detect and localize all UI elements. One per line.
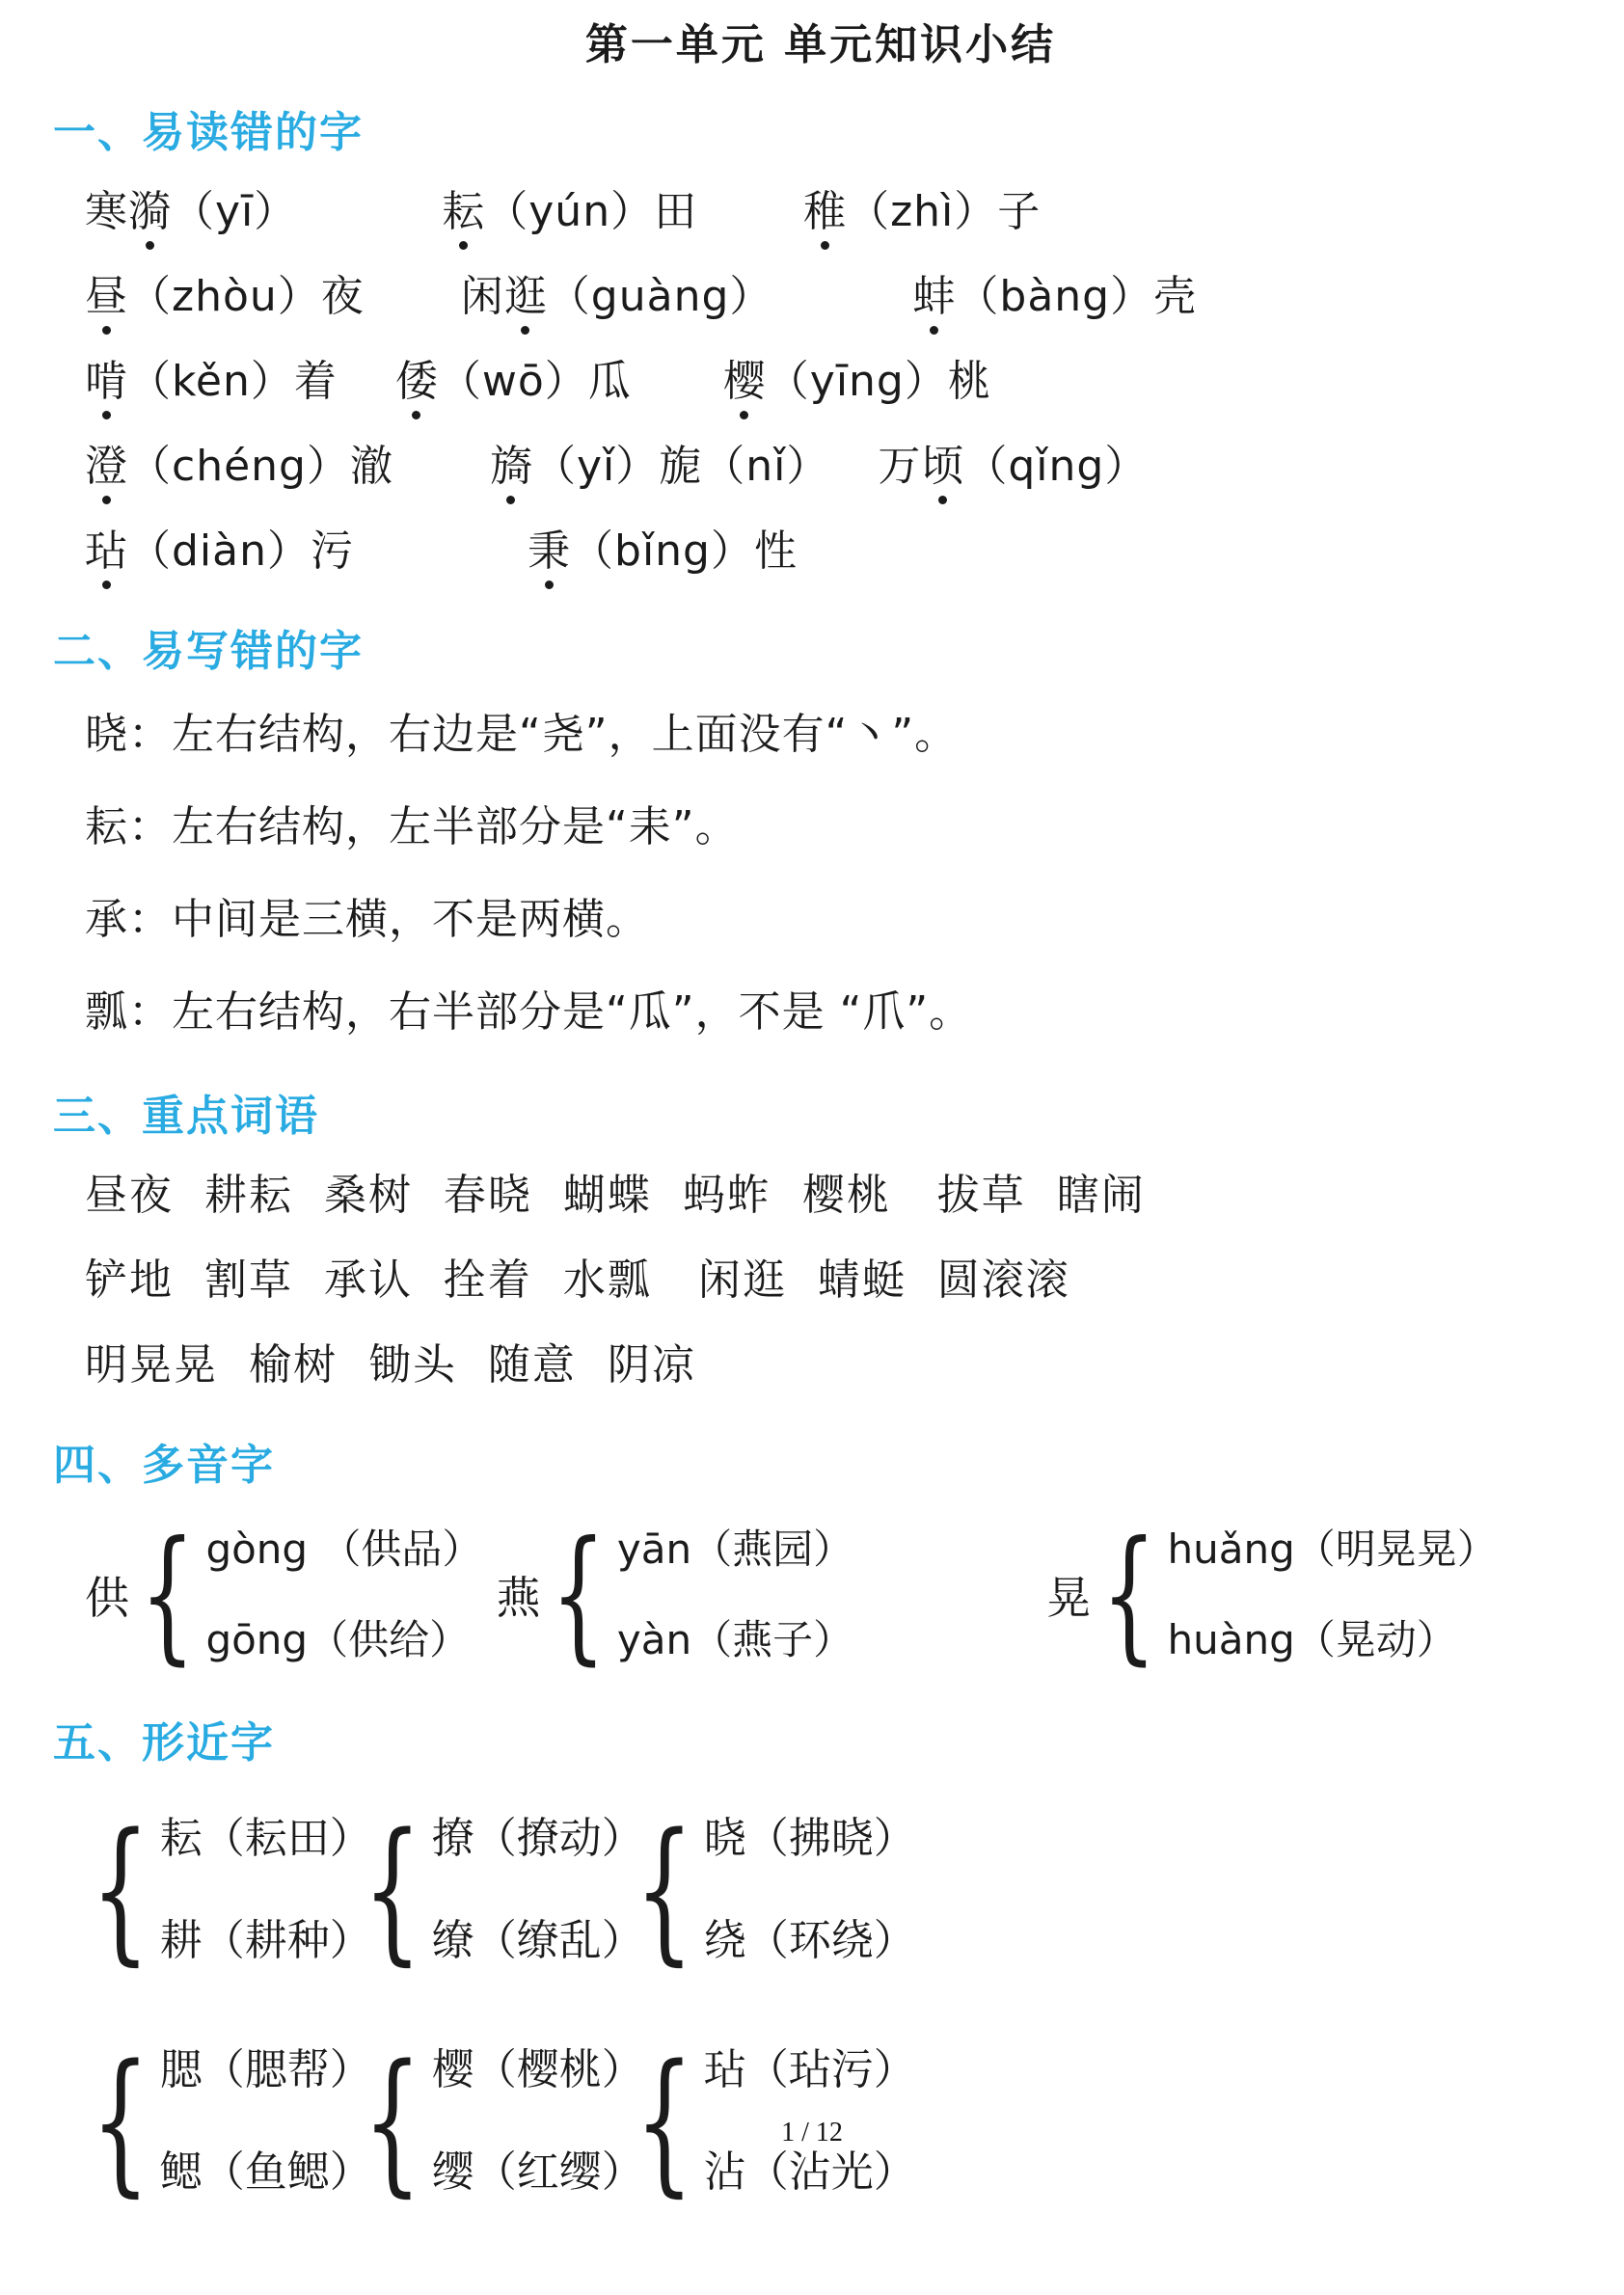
polyphone-body: 供 { gòng （供品） gōng（供给） 燕 { yān（燕园） yàn（燕… (85, 1504, 1556, 1686)
polyphone-reading: gōng（供给） (205, 1595, 482, 1686)
polyphone-reading: yàn（燕子） (617, 1595, 853, 1686)
text-run: （yīng）桃 (767, 357, 991, 406)
polyphone-group: 晃 { huǎng（明晃晃） huàng（晃动） (1046, 1504, 1498, 1686)
text-run: （yǐ）旎（nǐ） (533, 442, 829, 491)
emphasized-char: 耘 (442, 187, 485, 236)
text-run: （zhì）子 (847, 187, 1041, 236)
note-line: 瓢：左右结构，右半部分是“瓜”，不是 “爪”。 (85, 966, 1556, 1059)
polyphone-readings: huǎng（明晃晃） huàng（晃动） (1168, 1504, 1498, 1686)
similar-char-item: 缭（缭乱） (432, 1890, 644, 1992)
pinyin-line-3: 啃（kěn）着倭（wō）瓜樱（yīng）桃 (85, 339, 1556, 424)
similar-char-item: 玷（玷污） (704, 2019, 916, 2121)
section-4-heading: 四、多音字 (53, 1435, 1556, 1497)
similar-chars-entries: 耘（耘田） 耕（耕种） (160, 1788, 372, 1992)
spacer (632, 394, 723, 395)
polyphone-readings: yān（燕园） yàn（燕子） (617, 1504, 853, 1686)
polyphone-reading: yān（燕园） (617, 1504, 853, 1595)
spacer (365, 310, 461, 310)
note-line: 晓：左右结构，右边是“尧”，上面没有“丶”。 (85, 688, 1556, 781)
word-list-line: 明晃晃 榆树 锄头 随意 阴凉 (85, 1323, 1556, 1408)
spacer (772, 310, 912, 310)
word-list-line: 铲地 割草 承认 拴着 水瓢 闲逛 蜻蜓 圆滚滚 (85, 1238, 1556, 1323)
section-2-heading: 二、易写错的字 (53, 621, 1556, 683)
text-run: （kěn）着 (128, 357, 338, 406)
section-5-heading: 五、形近字 (53, 1713, 1556, 1774)
text-run: （bàng）壳 (956, 272, 1197, 321)
text-run: （yī） (172, 187, 297, 236)
note-line: 耘：左右结构，左半部分是“耒”。 (85, 781, 1556, 874)
similar-chars-group: { 耘（耘田） 耕（耕种） (85, 1788, 357, 1992)
spacer (338, 394, 395, 395)
spacer (697, 225, 803, 226)
section-3-heading: 三、重点词语 (53, 1086, 1556, 1147)
brace-icon: { (140, 1523, 195, 1667)
similar-chars-group: { 晓（拂晓） 绕（环绕） (629, 1788, 901, 1992)
emphasized-char: 漪 (128, 187, 172, 236)
similar-char-item: 耕（耕种） (160, 1890, 372, 1992)
text-run: （yún）田 (485, 187, 697, 236)
text-run: 万 (878, 442, 921, 491)
text-run: 闲 (461, 272, 504, 321)
section-1-heading: 一、易读错的字 (53, 102, 1556, 164)
emphasized-char: 啃 (85, 357, 128, 406)
page-number: 1 / 12 (0, 2118, 1624, 2148)
note-line: 承：中间是三横，不是两横。 (85, 874, 1556, 966)
text-run: （guàng） (548, 272, 773, 321)
emphasized-char: 玷 (85, 526, 128, 576)
spacer (393, 479, 490, 480)
similar-char-item: 撩（撩动） (432, 1788, 644, 1890)
polyphone-readings: gòng （供品） gōng（供给） (205, 1504, 482, 1686)
polyphone-base-char: 燕 (496, 1563, 540, 1627)
emphasized-char: 澄 (85, 442, 128, 491)
polyphone-reading: huàng（晃动） (1168, 1595, 1498, 1686)
spacer (829, 479, 878, 480)
text-run: （zhòu）夜 (128, 272, 365, 321)
polyphone-group: 供 { gòng （供品） gōng（供给） (85, 1504, 482, 1686)
similar-char-item: 樱（樱桃） (432, 2019, 644, 2121)
brace-icon: { (363, 1813, 421, 1967)
emphasized-char: 旖 (490, 442, 533, 491)
pinyin-line-2: 昼（zhòu）夜闲逛（guàng）蚌（bàng）壳 (85, 255, 1556, 339)
pinyin-line-4: 澄（chéng）澈旖（yǐ）旎（nǐ）万顷（qǐng） (85, 424, 1556, 509)
emphasized-char: 稚 (803, 187, 847, 236)
similar-char-item: 绕（环绕） (704, 1890, 916, 1992)
brace-icon: { (635, 1813, 693, 1967)
emphasized-char: 逛 (504, 272, 548, 321)
text-run: （qǐng） (964, 442, 1148, 491)
text-run: （chéng）澈 (128, 442, 393, 491)
emphasized-char: 樱 (723, 357, 767, 406)
similar-chars-group: { 撩（撩动） 缭（缭乱） (357, 1788, 629, 1992)
brace-icon: { (91, 1813, 149, 1967)
similar-char-item: 腮（腮帮） (160, 2019, 372, 2121)
spacer (297, 225, 442, 226)
emphasized-char: 顷 (921, 442, 964, 491)
spacer (354, 564, 528, 565)
similar-chars-row: { 耘（耘田） 耕（耕种） { 撩（撩动） 缭（缭乱） { 晓（拂晓） 绕（环绕… (85, 1788, 1556, 1992)
text-run: 寒 (85, 187, 128, 236)
text-run: （bǐng）性 (571, 526, 798, 576)
polyphone-reading: gòng （供品） (205, 1504, 482, 1595)
emphasized-char: 昼 (85, 272, 128, 321)
similar-char-item: 晓（拂晓） (704, 1788, 916, 1890)
emphasized-char: 蚌 (912, 272, 956, 321)
brace-icon: { (1101, 1523, 1156, 1667)
text-run: （wō）瓜 (439, 357, 632, 406)
page-title: 第一单元 单元知识小结 (85, 15, 1556, 75)
similar-chars-entries: 撩（撩动） 缭（缭乱） (432, 1788, 644, 1992)
emphasized-char: 倭 (395, 357, 439, 406)
word-list-line: 昼夜 耕耘 桑树 春晓 蝴蝶 蚂蚱 樱桃 拔草 瞎闹 (85, 1153, 1556, 1238)
similar-char-item: 耘（耘田） (160, 1788, 372, 1890)
polyphone-reading: huǎng（明晃晃） (1168, 1504, 1498, 1595)
pinyin-line-5: 玷（diàn）污秉（bǐng）性 (85, 509, 1556, 594)
pinyin-line-1: 寒漪（yī）耘（yún）田稚（zhì）子 (85, 170, 1556, 255)
emphasized-char: 秉 (528, 526, 571, 576)
polyphone-base-char: 晃 (1046, 1563, 1091, 1627)
polyphone-base-char: 供 (85, 1563, 129, 1627)
text-run: （diàn）污 (128, 526, 354, 576)
brace-icon: { (552, 1523, 607, 1667)
similar-chars-entries: 晓（拂晓） 绕（环绕） (704, 1788, 916, 1992)
document-page: 第一单元 单元知识小结 一、易读错的字 寒漪（yī）耘（yún）田稚（zhì）子… (0, 0, 1624, 2295)
polyphone-group: 燕 { yān（燕园） yàn（燕子） (496, 1504, 853, 1686)
